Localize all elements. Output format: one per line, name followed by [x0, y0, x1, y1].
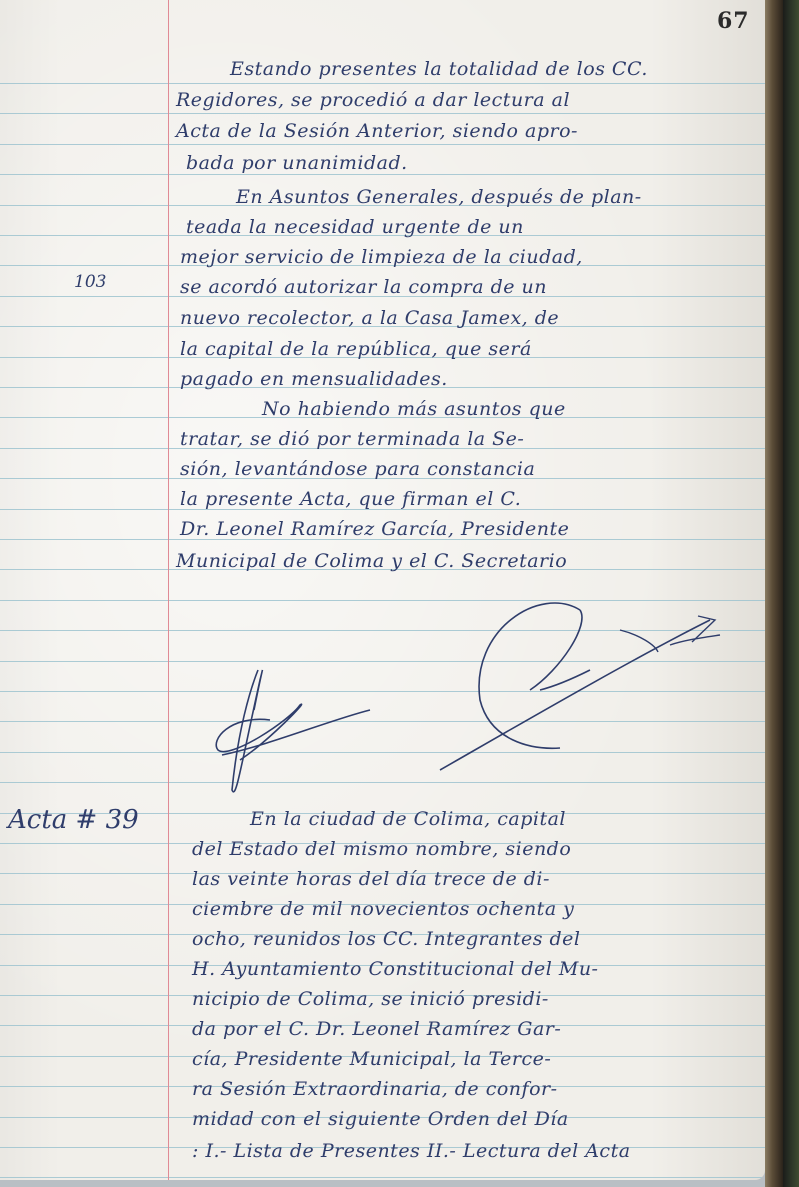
text-line: Regidores, se procedió a dar lectura al: [176, 89, 570, 111]
rule-line: [0, 144, 765, 145]
book-cover-edge: [783, 0, 799, 1187]
rule-line: [0, 113, 765, 114]
page-number: 67: [717, 8, 750, 34]
text-line: En Asuntos Generales, después de plan-: [236, 186, 642, 208]
signature-president: [210, 650, 390, 800]
text-line: No habiendo más asuntos que: [262, 398, 566, 420]
red-margin-line: [168, 0, 169, 1180]
text-line: da por el C. Dr. Leonel Ramírez Gar-: [192, 1018, 561, 1040]
text-line: Municipal de Colima y el C. Secretario: [176, 550, 567, 572]
text-line: las veinte horas del día trece de di-: [192, 868, 550, 890]
text-line: ra Sesión Extraordinaria, de confor-: [192, 1078, 558, 1100]
rule-line: [0, 83, 765, 84]
text-line: cía, Presidente Municipal, la Terce-: [192, 1048, 551, 1070]
text-line: mejor servicio de limpieza de la ciudad,: [180, 246, 583, 268]
text-line: sión, levantándose para constancia: [180, 458, 535, 480]
acta-number-label: Acta # 39: [8, 805, 139, 835]
text-line: bada por unanimidad.: [186, 152, 408, 174]
text-line: En la ciudad de Colima, capital: [250, 808, 566, 830]
rule-line: [0, 174, 765, 175]
text-line: Acta de la Sesión Anterior, siendo apro-: [176, 120, 578, 142]
text-line: Dr. Leonel Ramírez García, Presidente: [180, 518, 569, 540]
book-binding-edge: [765, 0, 783, 1187]
signature-secretary: [430, 590, 730, 790]
text-line: H. Ayuntamiento Constitucional del Mu-: [192, 958, 598, 980]
rule-line: [0, 1177, 765, 1178]
ledger-page: 67 103 Acta # 39 Estando presentes la to…: [0, 0, 765, 1180]
text-line: se acordó autorizar la compra de un: [180, 276, 547, 298]
text-line: : I.- Lista de Presentes II.- Lectura de…: [192, 1140, 631, 1162]
text-line: ciembre de mil novecientos ochenta y: [192, 898, 574, 920]
text-line: tratar, se dió por terminada la Se-: [180, 428, 524, 450]
text-line: nicipio de Colima, se inició presidi-: [192, 988, 549, 1010]
text-line: ocho, reunidos los CC. Integrantes del: [192, 928, 580, 950]
text-line: la capital de la república, que será: [180, 338, 532, 360]
text-line: la presente Acta, que firman el C.: [180, 488, 521, 510]
text-line: nuevo recolector, a la Casa Jamex, de: [180, 307, 559, 329]
text-line: del Estado del mismo nombre, siendo: [192, 838, 571, 860]
text-line: teada la necesidad urgente de un: [186, 216, 524, 238]
entry-number-note: 103: [74, 272, 106, 292]
text-line: Estando presentes la totalidad de los CC…: [230, 58, 648, 80]
text-line: midad con el siguiente Orden del Día: [192, 1108, 569, 1130]
text-line: pagado en mensualidades.: [180, 368, 448, 390]
